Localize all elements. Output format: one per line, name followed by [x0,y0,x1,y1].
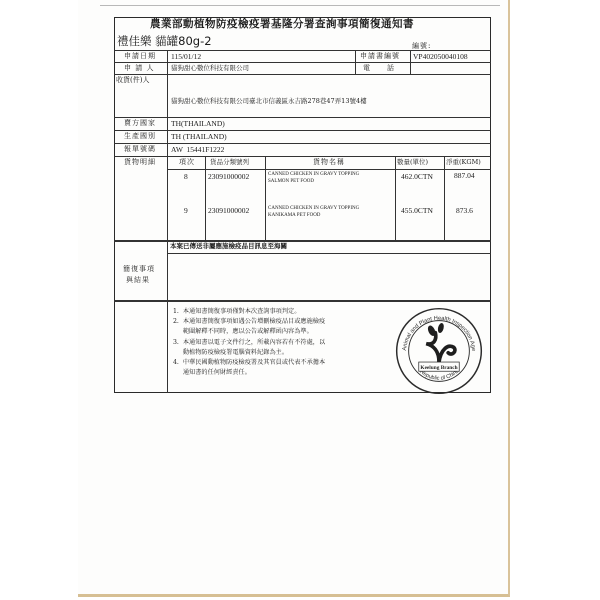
goods-col-divider [444,156,445,240]
goods-name-line2: SALMON PET FOOD [268,179,314,184]
row-divider [114,117,491,118]
label-column-divider [167,50,168,393]
note-item: 通知書的任何財經責任。 [173,368,393,378]
note-item: 4. 中華民國動植物防疫檢疫署及其官員或代表不承擔本 [173,358,393,368]
application-date-value: 115/01/12 [171,53,201,61]
goods-item-no: 9 [184,207,188,215]
row-divider [114,130,491,131]
seller-country-label: 賣方國家 [124,120,156,127]
goods-header-divider [167,169,491,170]
note-item: 2. 本通知書簡復事項如遇公告增刪檢疫品目或應施檢疫 [173,317,393,327]
goods-net-weight: 873.6 [456,207,473,215]
origin-country-label: 生產國別 [124,133,156,140]
goods-col-divider [395,156,396,240]
result-label-line1: 簡復事項 [123,266,155,273]
document-title: 農業部動植物防疫檢疫署基隆分署查詢事項簡復通知書 [150,19,414,30]
applicant-value: 貓狗甜心數位科技有限公司 [171,65,249,72]
application-date-label: 申請日期 [124,53,156,60]
application-no-value: VP402050040108 [413,53,468,61]
row-divider [114,50,491,51]
row-divider [114,74,491,75]
consignee-value: 貓狗甜心數位科技有限公司臺北市信義區永吉路278巷47弄13號4樓 [171,98,367,105]
note-item: 1. 本通知書簡復事項僅對本次查詢事項判定。 [173,307,393,317]
goods-header-name: 貨物名稱 [313,159,345,166]
goods-name-line1: CANNED CHICKEN IN GRAVY TOPPING [268,206,359,211]
col-divider [410,50,411,74]
product-label: 禮佳樂 貓罐80g-2 [117,36,212,48]
goods-quantity: 455.0CTN [401,207,433,215]
goods-label: 貨物明細 [124,159,156,166]
seller-country-value: TH(THAILAND) [171,120,225,128]
goods-header-net-weight: 淨重(KGM) [446,159,481,166]
svg-text:Keelung Branch: Keelung Branch [420,365,457,371]
goods-header-hs-code: 貨品分類號列 [210,159,249,166]
paper-top-edge [100,5,500,6]
goods-hs-code: 23091000002 [208,207,249,215]
result-text-divider [167,253,491,254]
goods-col-divider [265,156,266,240]
goods-name-line1: CANNED CHICKEN IN GRAVY TOPPING [268,172,359,177]
row-divider [114,156,491,157]
result-text: 本案已傳送非屬應施檢疫品目訊息至海關 [170,243,287,250]
applicant-label: 申 請 人 [124,65,154,72]
phone-label: 電 話 [363,65,395,72]
col-divider [355,50,356,74]
note-item: 動植物防疫檢疫署電腦資料紀錄為主。 [173,348,393,358]
svg-text:Animal and Plant Health Inspec: Animal and Plant Health Inspection Agenc… [393,305,476,351]
row-divider [114,143,491,144]
declaration-no-label: 報單號碼 [124,146,156,153]
note-item: 3. 本通知書以電子文件行之，所載內容若有不符處，以 [173,338,393,348]
number-label: 編號: [412,43,431,50]
goods-header-quantity: 數量(單位) [397,159,428,166]
goods-name-line2: KANIKAMA PET FOOD [268,213,320,218]
row-divider [114,300,491,302]
application-no-label: 申請書編號 [360,53,400,60]
goods-item-no: 8 [184,173,188,181]
row-divider [114,62,491,63]
note-item: 範圍解釋不同時，應以公告或解釋函內容為準。 [173,327,393,337]
consignee-label: 收貨(件)人 [116,77,149,84]
goods-header-item: 項次 [179,159,195,166]
goods-hs-code: 23091000002 [208,173,249,181]
goods-quantity: 462.0CTN [401,173,433,181]
goods-net-weight: 887.04 [454,172,475,180]
origin-country-value: TH (THAILAND) [171,133,227,141]
goods-col-divider [205,156,206,240]
declaration-no-value: AW 15441F1222 [171,146,224,154]
notes-list: 1. 本通知書簡復事項僅對本次查詢事項判定。 2. 本通知書簡復事項如遇公告增刪… [173,307,393,378]
keelung-branch-seal-icon: Animal and Plant Health Inspection Agenc… [393,305,485,397]
result-label-line2: 與結果 [126,277,150,284]
